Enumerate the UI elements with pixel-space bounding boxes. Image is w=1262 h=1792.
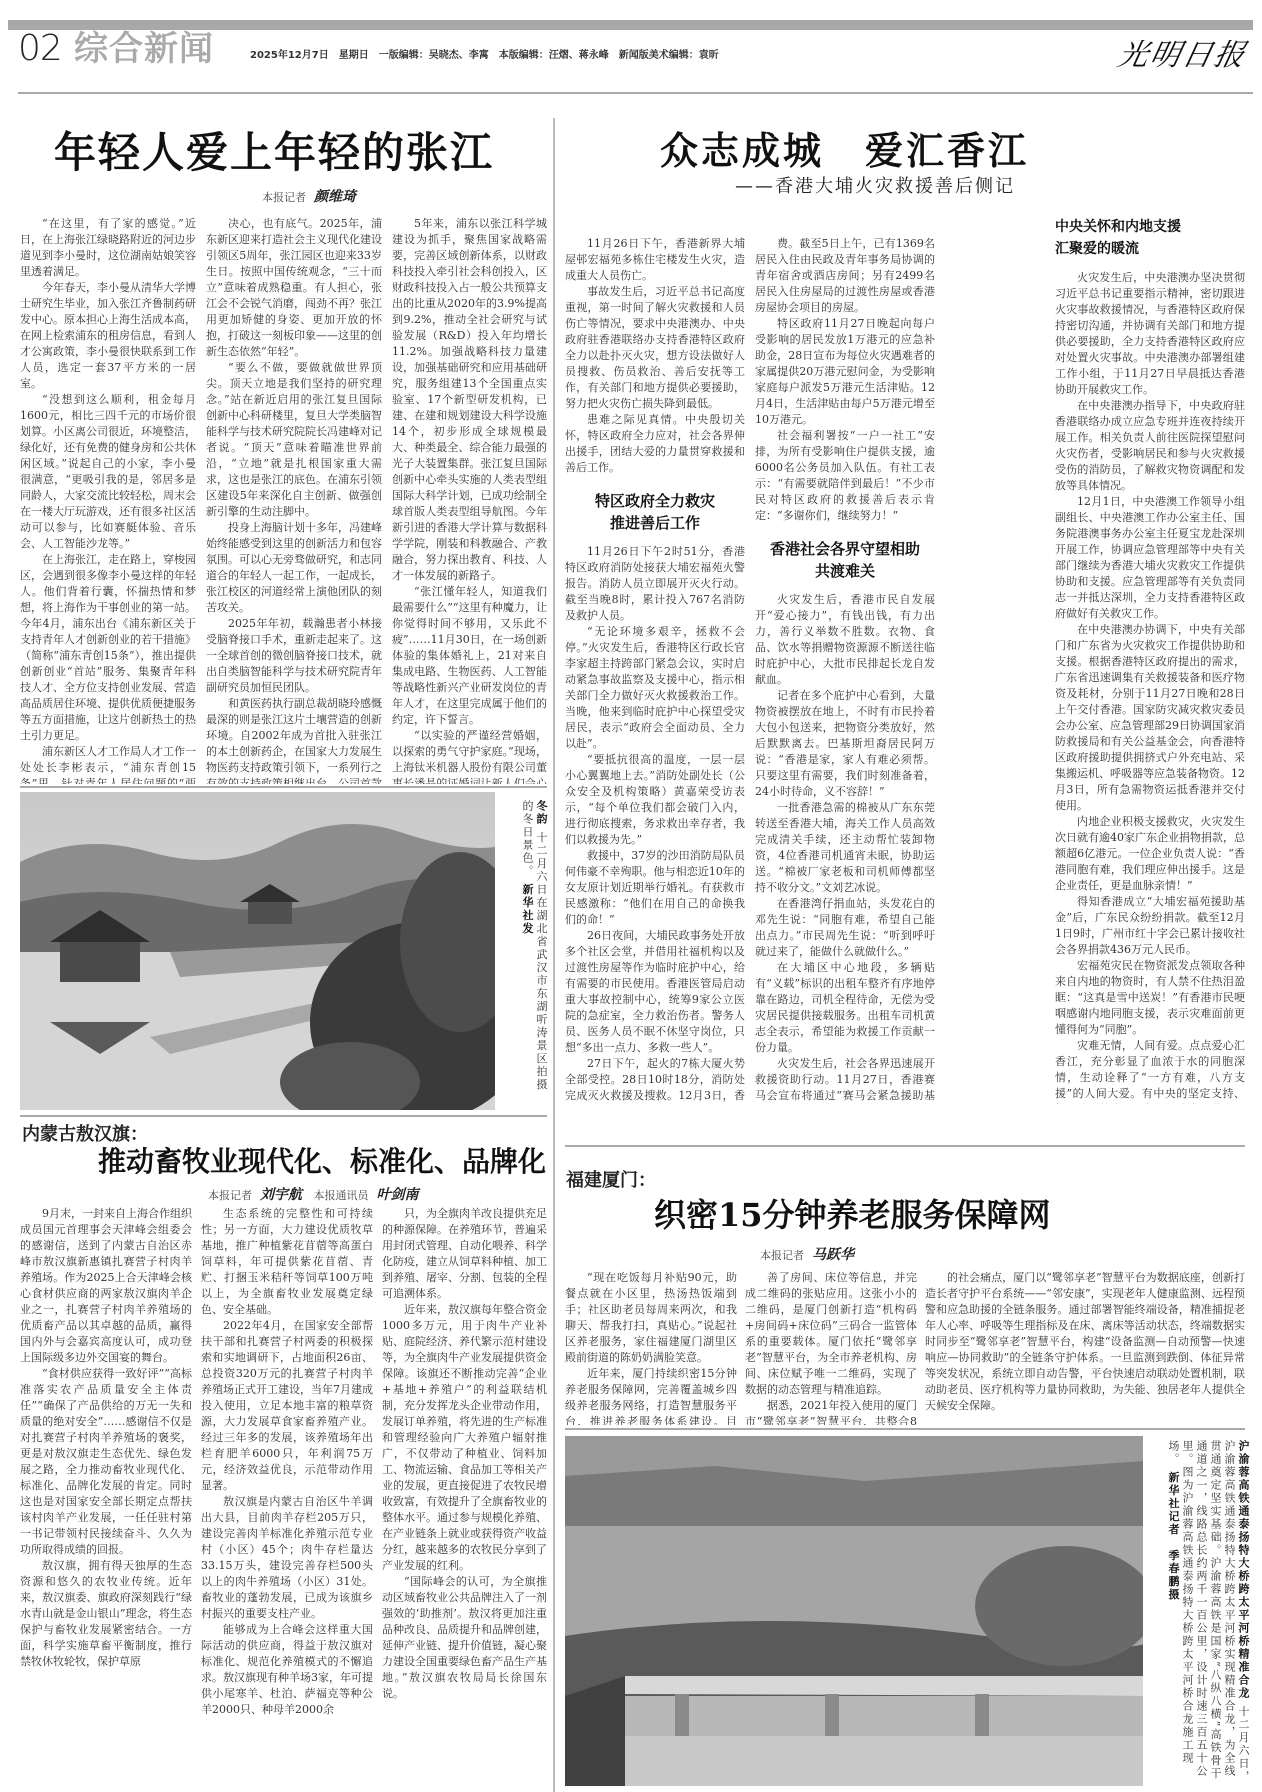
paragraph: 善了房间、床位等信息，并完成二维码的张贴应用。这张小小的二维码，是厦门创新打造“…: [745, 1270, 917, 1398]
paragraph: 在中央港澳办指导下，中央政府驻香港联络办成立应急专班并连夜持续开展工作。相关负责…: [1055, 398, 1245, 494]
photo-caption-bridge: 沪渝蓉高铁通泰扬特大桥跨太平河桥精准合龙 十二月六日，沪渝蓉高铁通泰扬特大桥跨太…: [1150, 1440, 1250, 1785]
byline-label: 本报通讯员: [314, 1189, 369, 1202]
byline-name: 刘宇航: [260, 1187, 302, 1203]
byline-label: 本报记者: [760, 1249, 804, 1262]
section-rule: [565, 1145, 1245, 1147]
paragraph: 决心，也有底气。2025年，浦东新区迎来打造社会主义现代化建设引领区5周年，张江…: [206, 216, 382, 360]
paragraph: 26日夜间，大埔民政事务处开放多个社区会堂，并借用社福机构以及过渡性房屋等作为临…: [565, 928, 745, 1056]
paragraph: 在上海张江，走在路上，穿梭园区，会遇到很多像李小曼这样的年轻人。他们背着行囊，怀…: [20, 552, 196, 744]
byline-aohan: 本报记者刘宇航 本报通讯员叶剑南: [208, 1184, 419, 1204]
paragraph: 费。截至5日上午，已有1369名居民入住由民政及青年事务局协调的青年宿舍或酒店房…: [755, 236, 935, 316]
body-text: 火灾发生后，中央港澳办坚决贯彻习近平总书记重要指示精神，密切跟进火灾事故救援情况…: [1055, 270, 1245, 1104]
paragraph: “现在吃饭每月补贴90元，助餐点就在小区里，热汤热饭端到手；社区助老员每周来两次…: [565, 1270, 737, 1366]
paragraph: 火灾发生后，社会各界迅速展开救援资助行动。11月27日，香港赛马会宣布将通过“赛…: [755, 1056, 935, 1104]
paragraph: 近年来，厦门持续织密15分钟养老服务保障网，完善覆盖城乡四级养老服务网络，打造智…: [565, 1366, 737, 1425]
subhead-mutual-help: 香港社会各界守望相助共渡难关: [755, 538, 935, 582]
zhangjiang-column-2: 决心，也有底气。2025年，浦东新区迎来打造社会主义现代化建设引领区5周年，张江…: [206, 216, 382, 784]
paragraph: 火灾发生后，香港市民自发展开“爱心接力”，有钱出钱，有力出力，善行义举数不胜数。…: [755, 592, 935, 688]
paragraph: 近年来，敖汉旗每年整合资金1000多万元，用于肉牛产业补贴、庭院经济、养代繁示范…: [382, 1302, 547, 1574]
photo-credit: 新华社记者 季春鹏摄: [1167, 1472, 1180, 1602]
byline-name: 叶剑南: [377, 1187, 419, 1203]
paragraph: 在香港湾仔捐血站，头发花白的邓先生说：“同胞有难，希望自己能出点力。”市民周先生…: [755, 896, 935, 960]
paragraph: 2022年4月，在国家安全部帮扶干部和扎赛营子村两委的积极探索和实地调研下，占地…: [201, 1318, 373, 1494]
byline-label: 本报记者: [262, 191, 306, 204]
byline-zhangjiang: 本报记者颜维琦: [262, 186, 356, 206]
header-rule: [18, 92, 1253, 94]
pavilion-lake-image: [20, 792, 495, 1110]
body-text: “现在吃饭每月补贴90元，助餐点就在小区里，热汤热饭端到手；社区助老员每周来两次…: [565, 1270, 737, 1425]
paragraph: “以实验的严谨经营婚姻，以探索的勇气守护家庭。”现场，上海钛米机器人股份有限公司…: [392, 728, 547, 784]
paragraph: 11月26日下午，香港新界大埔屋邨宏福苑多栋住宅楼发生火灾，造成重大人员伤亡。: [565, 236, 745, 284]
paragraph: 救援中，37岁的沙田消防局队员何伟豪不幸殉职。他与相恋近10年的女友原计划近期举…: [565, 848, 745, 928]
caption-title: 冬韵: [535, 800, 548, 826]
paragraph: 11月26日下午2时51分，香港特区政府消防处接获大埔宏福苑火警报告。消防人员立…: [565, 544, 745, 624]
paragraph: 事故发生后，习近平总书记高度重视，第一时间了解火灾救援和人员伤亡等情况，要求中央…: [565, 284, 745, 412]
paragraph: 和黄医药执行副总裁胡晓玲感慨最深的则是张江这片土壤营造的创新环境。自2002年成…: [206, 696, 382, 784]
body-text: 9月末，一封来自上海合作组织成员国元首理事会天津峰会组委会的感谢信，送到了内蒙古…: [20, 1206, 192, 1670]
bridge-construction-image: [565, 1436, 1143, 1786]
paragraph: 生态系统的完整性和可持续性；另一方面，大力建设优质牧草基地，推广种植紫花苜蓿等高…: [201, 1206, 373, 1318]
paragraph: 内地企业积极支援救灾，火灾发生次日就有逾40家广东企业捐物捐款，总额超6亿港元。…: [1055, 814, 1245, 894]
paragraph: “没想到这么顺利，租金每月1600元，相比三四千元的市场价很划算。小区离公司很近…: [20, 392, 196, 552]
body-text: “在这里，有了家的感觉。”近日，在上海张江绿晓路附近的河边步道见到李小曼时，这位…: [20, 216, 196, 784]
photo-credit: 新华社发: [521, 884, 534, 936]
paragraph: 患难之际见真情。中央殷切关怀，特区政府全力应对，社会各界伸出援手，团结大爱的力量…: [565, 412, 745, 476]
caption-text: 十二月六日在湖北省武汉市东湖听涛景区拍摄的冬日景色。: [521, 800, 548, 1092]
body-text: 生态系统的完整性和可持续性；另一方面，大力建设优质牧草基地，推广种植紫花苜蓿等高…: [201, 1206, 373, 1718]
subhead-government-relief: 特区政府全力救灾推进善后工作: [565, 490, 745, 534]
paragraph: 据悉，2021年投入使用的厦门市“鹭邻享老”智慧平台，共整合8大功能模块、250…: [745, 1398, 917, 1425]
hk-column-3: 中央关怀和内地支援汇聚爱的暖流 火灾发生后，中央港澳办坚决贯彻习近平总书记重要指…: [945, 216, 1245, 1104]
newspaper-logo: 光明日报: [1114, 30, 1251, 74]
paragraph: 5年来，浦东以张江科学城建设为抓手，聚焦国家战略需要，完善区域创新体系，以财政科…: [392, 216, 547, 584]
aohan-column-3: 只，为全旗肉羊改良提供充足的种源保障。在养殖环节，普遍采用封闭式管理、自动化喂养…: [382, 1206, 547, 1786]
article-title-xiamen: 织密15分钟养老服务保障网: [654, 1190, 1051, 1236]
body-text: 善了房间、床位等信息，并完成二维码的张贴应用。这张小小的二维码，是厦门创新打造“…: [745, 1270, 917, 1425]
byline-name: 颜维琦: [314, 189, 356, 205]
paragraph: 得知香港成立“大埔宏福苑援助基金”后，广东民众纷纷捐款。截至12月1日9时，广州…: [1055, 894, 1245, 958]
hk-column-1: 11月26日下午，香港新界大埔屋邨宏福苑多栋住宅楼发生火灾，造成重大人员伤亡。事…: [565, 236, 745, 1104]
paragraph: 记者在多个庇护中心看到，大量物资被摆放在地上，不时有市民拎着大包小包送来，把物资…: [755, 688, 935, 800]
paragraph: 12月1日，中央港澳工作领导小组副组长、中央港澳工作办公室主任、国务院港澳事务办…: [1055, 494, 1245, 622]
paragraph: “食材供应获得一致好评”“高标准落实农产品质量安全主体责任”“确保了产品供给的万…: [20, 1366, 192, 1558]
xiamen-column-1: “现在吃饭每月补贴90元，助餐点就在小区里，热汤热饭端到手；社区助老员每周来两次…: [565, 1270, 737, 1425]
subhead-line: 香港社会各界守望相助: [755, 538, 935, 560]
zhangjiang-column-1: “在这里，有了家的感觉。”近日，在上海张江绿晓路附近的河边步道见到李小曼时，这位…: [20, 216, 196, 784]
paragraph: 9月末，一封来自上海合作组织成员国元首理事会天津峰会组委会的感谢信，送到了内蒙古…: [20, 1206, 192, 1366]
caption-title: 沪渝蓉高铁通泰扬特大桥跨太平河桥精准合龙: [1237, 1440, 1250, 1700]
paragraph: 浦东新区人才工作局人才工作一处处长李彬表示，“浦东青创15条”里，针对青年人居住…: [20, 744, 196, 784]
paragraph: 敖汉旗是内蒙古自治区牛羊调出大县，目前肉羊存栏205万只，建设完善肉羊标准化养殖…: [201, 1494, 373, 1622]
paragraph: “张江懂年轻人，知道我们最需要什么”“这里有种魔力，让你觉得时间不够用，又乐此不…: [392, 584, 547, 728]
paragraph: 敖汉旗，拥有得天独厚的生态资源和悠久的农牧业传统。近年来，敖汉旗委、旗政府深刻践…: [20, 1558, 192, 1670]
photo-winter-east-lake: [20, 792, 495, 1110]
page-number: 02: [18, 30, 62, 68]
paragraph: 只，为全旗肉羊改良提供充足的种源保障。在养殖环节，普遍采用封闭式管理、自动化喂养…: [382, 1206, 547, 1302]
body-text: 火灾发生后，香港市民自发展开“爱心接力”，有钱出钱，有力出力，善行义举数不胜数。…: [755, 592, 935, 1104]
section-rule: [20, 786, 547, 788]
kicker-xiamen: 福建厦门：: [566, 1166, 656, 1192]
photo-bridge-closure: [565, 1436, 1143, 1786]
aohan-column-1: 9月末，一封来自上海合作组织成员国元首理事会天津峰会组委会的感谢信，送到了内蒙古…: [20, 1206, 192, 1786]
paragraph: “无论环境多艰辛，拯救不会停。”火灾发生后，香港特区行政长官李家超主持跨部门紧急…: [565, 624, 745, 752]
body-text: 费。截至5日上午，已有1369名居民入住由民政及青年事务局协调的青年宿舍或酒店房…: [755, 236, 935, 524]
subhead-line: 特区政府全力救灾: [565, 490, 745, 512]
paragraph: 火灾发生后，中央港澳办坚决贯彻习近平总书记重要指示精神，密切跟进火灾事故救援情况…: [1055, 270, 1245, 398]
paragraph: “要么不做，要做就做世界顶尖。顶天立地是我们坚持的研究理念。”站在新近启用的张江…: [206, 360, 382, 520]
body-text: 11月26日下午2时51分，香港特区政府消防处接获大埔宏福苑火警报告。消防人员立…: [565, 544, 745, 1104]
section-rule: [565, 1428, 1245, 1430]
body-text: 决心，也有底气。2025年，浦东新区迎来打造社会主义现代化建设引领区5周年，张江…: [206, 216, 382, 784]
paragraph: “国际峰会的认可，为全旗推动区域畜牧业公共品牌注入了一剂强效的‘助推剂’。敖汉将…: [382, 1574, 547, 1702]
paragraph: 灾难无情，人间有爱。点点爱心汇香江，充分彰显了血浓于水的同胞深情，生动诠释了“一…: [1055, 1038, 1245, 1104]
subhead-line: 汇聚爱的暖流: [1055, 238, 1245, 260]
hk-column-2: 费。截至5日上午，已有1369名居民入住由民政及青年事务局协调的青年宿舍或酒店房…: [755, 236, 935, 1104]
body-text: 11月26日下午，香港新界大埔屋邨宏福苑多栋住宅楼发生火灾，造成重大人员伤亡。事…: [565, 236, 745, 476]
paragraph: 宏福苑灾民在物资派发点领取各种来自内地的物资时，有人禁不住热泪盈眶：“这真是雪中…: [1055, 958, 1245, 1038]
section-rule: [20, 1115, 547, 1117]
paragraph: 的社会痛点，厦门以“鹭邻享老”智慧平台为数据底座，创新打造长者守护平台系统——“…: [925, 1270, 1245, 1414]
article-title-aohan: 推动畜牧业现代化、标准化、品牌化: [98, 1140, 546, 1180]
photo-caption-winter: 冬韵 十二月六日在湖北省武汉市东湖听涛景区拍摄的冬日景色。 新华社发: [500, 800, 548, 1100]
article-title-hongkong: 众志成城 爱汇香江: [660, 120, 1029, 175]
main-column-divider: [553, 118, 555, 1792]
edition-info: 2025年12月7日 星期日 一版编辑：吴晓杰、李寓 本版编辑：汪熠、蒋永峰 新…: [250, 46, 719, 61]
subhead-line: 推进善后工作: [565, 512, 745, 534]
zhangjiang-column-3: 5年来，浦东以张江科学城建设为抓手，聚焦国家战略需要，完善区域创新体系，以财政科…: [392, 216, 547, 784]
article-subtitle-hongkong: ——香港大埔火灾救援善后侧记: [735, 172, 1015, 198]
paragraph: 一批香港急需的棉被从广东东莞转送至香港大埔，海关工作人员高效完成清关手续，还主动…: [755, 800, 935, 896]
xiamen-column-3: 的社会痛点，厦门以“鹭邻享老”智慧平台为数据底座，创新打造长者守护平台系统——“…: [925, 1270, 1245, 1425]
byline-name: 马跃华: [812, 1247, 854, 1263]
aohan-column-2: 生态系统的完整性和可持续性；另一方面，大力建设优质牧草基地，推广种植紫花苜蓿等高…: [201, 1206, 373, 1786]
subhead-line: 共渡难关: [755, 560, 935, 582]
paragraph: 27日下午，起火的7栋大厦火势全部受控。28日10时18分，消防处完成灭火救援及…: [565, 1056, 745, 1104]
byline-xiamen: 本报记者马跃华: [760, 1244, 854, 1264]
masthead: 02 综合新闻 2025年12月7日 星期日 一版编辑：吴晓杰、李寓 本版编辑：…: [18, 30, 1253, 68]
body-text: 的社会痛点，厦门以“鹭邻享老”智慧平台为数据底座，创新打造长者守护平台系统——“…: [925, 1270, 1245, 1414]
paragraph: 能够成为上合峰会这样重大国际活动的供应商，得益于敖汉旗对标准化、规范化养殖模式的…: [201, 1622, 373, 1718]
body-text: 只，为全旗肉羊改良提供充足的种源保障。在养殖环节，普遍采用封闭式管理、自动化喂养…: [382, 1206, 547, 1702]
paragraph: 社会福利署按“一户一社工”安排，为所有受影响住户提供支援，逾6000名公务员加入…: [755, 428, 935, 524]
byline-label: 本报记者: [208, 1189, 252, 1202]
paragraph: “要抵抗很高的温度，一层一层小心翼翼地上去。”消防处副处长（公众安全及机构策略）…: [565, 752, 745, 848]
paragraph: 在中央港澳办协调下，中央有关部门和广东省为火灾救灾工作提供协助和支援。根据香港特…: [1055, 622, 1245, 814]
paragraph: 在大埔区中心地段，多辆贴有“义载”标识的出租车整齐有序地停靠在路边，司机全程待命…: [755, 960, 935, 1056]
subhead-central-support: 中央关怀和内地支援汇聚爱的暖流: [1055, 216, 1245, 260]
paragraph: 投身上海脑计划十多年，冯建峰始终能感受到这里的创新活力和包容氛围。可以心无旁骛做…: [206, 520, 382, 616]
paragraph: 2025年年初，载瀚患者小林接受脑脊接口手术，重新走起来了。这一全球首创的微创脑…: [206, 616, 382, 696]
section-name: 综合新闻: [74, 30, 214, 68]
paragraph: 特区政府11月27日晚起向每户受影响的居民发放1万港元的应急补助金，28日宣布为…: [755, 316, 935, 428]
paragraph: “在这里，有了家的感觉。”近日，在上海张江绿晓路附近的河边步道见到李小曼时，这位…: [20, 216, 196, 280]
xiamen-column-2: 善了房间、床位等信息，并完成二维码的张贴应用。这张小小的二维码，是厦门创新打造“…: [745, 1270, 917, 1425]
body-text: 5年来，浦东以张江科学城建设为抓手，聚焦国家战略需要，完善区域创新体系，以财政科…: [392, 216, 547, 784]
paragraph: 今年春天，李小曼从清华大学博士研究生毕业，加入张江齐鲁制药研发中心。原本担心上海…: [20, 280, 196, 392]
article-title-zhangjiang: 年轻人爱上年轻的张江: [54, 120, 494, 180]
subhead-line: 中央关怀和内地支援: [1055, 216, 1245, 238]
